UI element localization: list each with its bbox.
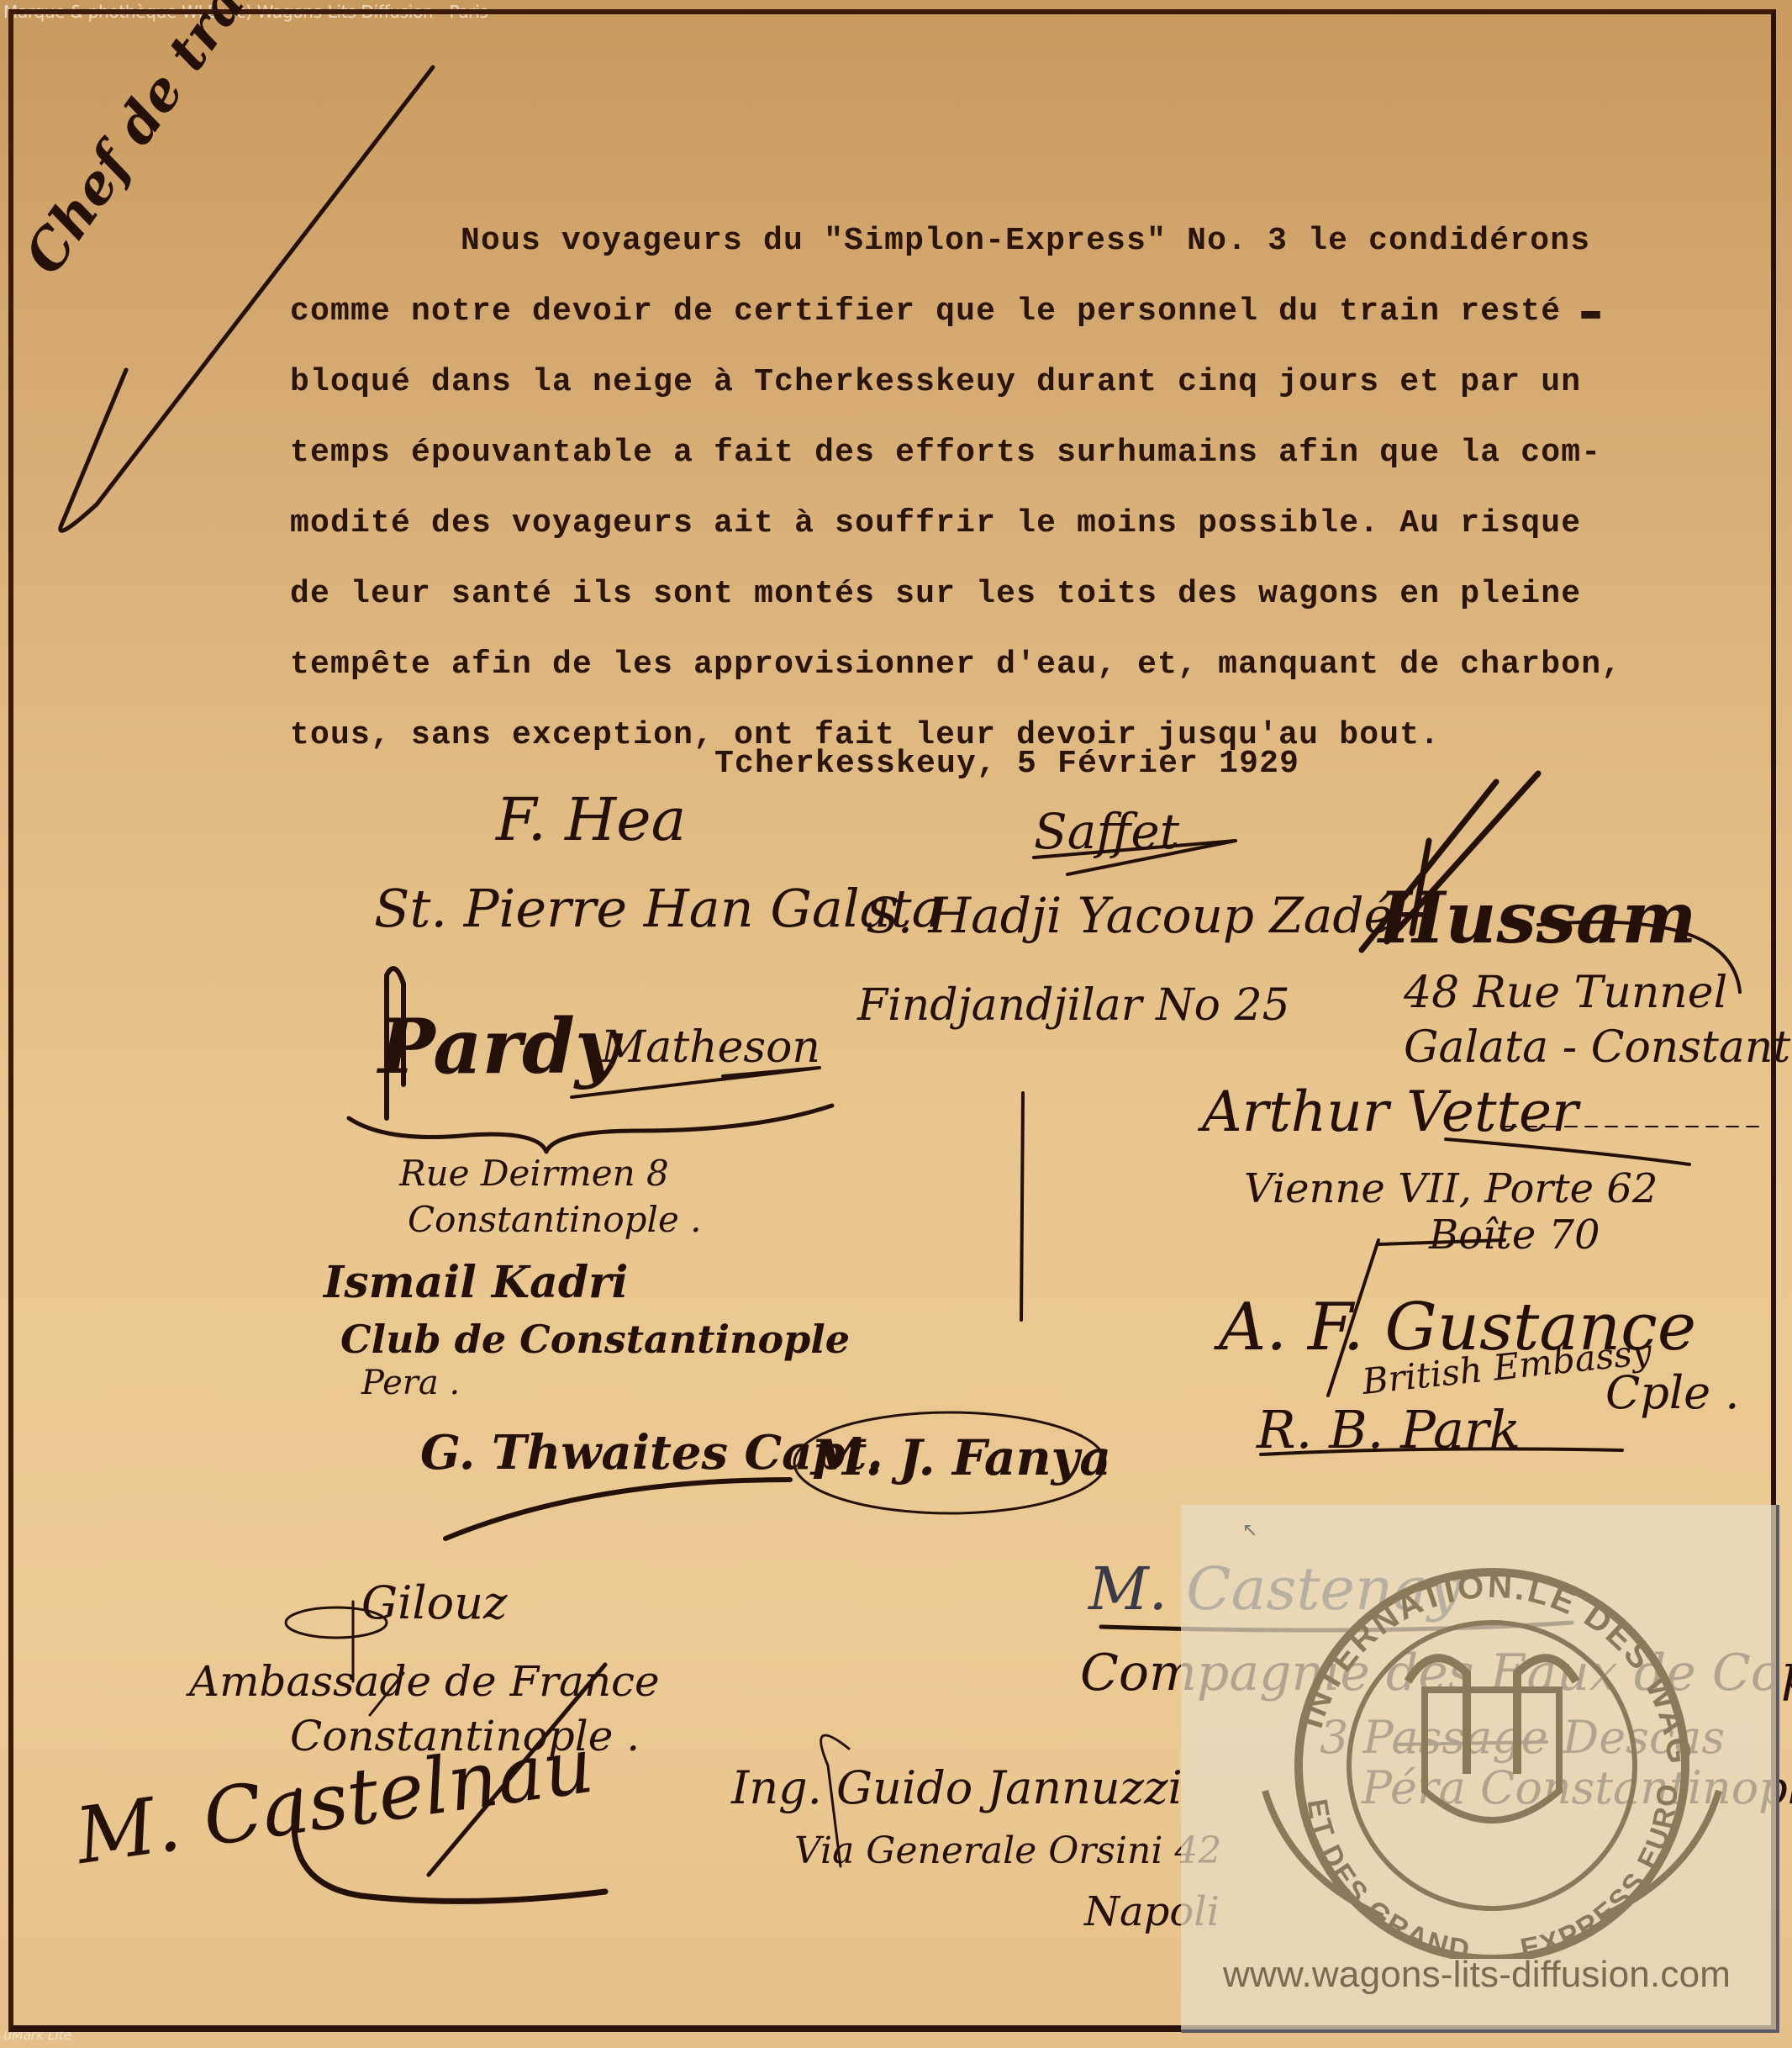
address-hadji: Findjandjilar No 25 — [857, 984, 1290, 1027]
signature-fanya: M. J. Fanya — [811, 1433, 1111, 1482]
address-jannuzzi-1: Via Generale Orsini 42 — [794, 1833, 1221, 1870]
address-hussam-2: Galata - Constant. — [1404, 1026, 1792, 1069]
signature-saffet: Saffet — [1034, 807, 1179, 856]
body-line-3: bloqué dans la neige à Tcherkesskeuy dur… — [290, 367, 1581, 399]
mouse-cursor-icon: ↖ — [1242, 1520, 1257, 1541]
address-kadri-2: Pera . — [361, 1366, 460, 1400]
watermark-panel: INTERNATION.LE DES WAGONS-LITS ET DES GR… — [1181, 1505, 1779, 2033]
address-hussam-1: 48 Rue Tunnel — [1404, 971, 1727, 1015]
body-line-4: temps épouvantable a fait des efforts su… — [290, 437, 1601, 469]
address-kadri-1: Club de Constantinople — [340, 1320, 850, 1359]
address-matheson-2: Constantinople . — [408, 1202, 702, 1238]
signature-matheson: Matheson — [601, 1026, 820, 1069]
signature-pardy: Pardy — [378, 1009, 619, 1085]
address-vetter-1: Vienne VII, Porte 62 — [1244, 1169, 1658, 1209]
body-line-5: modité des voyageurs ait à souffrir le m… — [290, 508, 1581, 540]
signature-vetter: Arthur Vetter — [1202, 1085, 1579, 1140]
company-seal-icon: INTERNATION.LE DES WAGONS-LITS ET DES GR… — [1215, 1522, 1752, 1959]
address-gilouz-1: Ambassade de France — [189, 1660, 660, 1702]
signature-park: R. B. Park — [1257, 1404, 1521, 1456]
body-line-1: Nous voyageurs du "Simplon-Express" No. … — [461, 225, 1590, 257]
body-line-2: comme notre devoir de certifier que le p… — [290, 296, 1601, 328]
address-vetter-2: Boîte 70 — [1429, 1215, 1600, 1255]
svg-text:INTERNATION.LE DES WAGONS-LITS: INTERNATION.LE DES WAGONS-LITS — [1215, 1522, 1698, 1768]
signature-gilouz: Gilouz — [361, 1581, 507, 1626]
signature-hussam: Hussam — [1378, 883, 1696, 953]
signature-hadji: S. Hadji Yacoup Zadé — [866, 891, 1393, 940]
place-date: Tcherkesskeuy, 5 Février 1929 — [714, 748, 1299, 780]
watermark-url: www.wagons-lits-diffusion.com — [1223, 1954, 1731, 1996]
address-hea: St. Pierre Han Galata — [374, 883, 943, 935]
signature-kadri: Ismail Kadri — [324, 1261, 628, 1305]
body-line-6: de leur santé ils sont montés sur les to… — [290, 578, 1581, 610]
address-matheson-1: Rue Deirmen 8 — [399, 1156, 669, 1191]
address-gustance-2: Cple . — [1605, 1370, 1739, 1416]
signature-jannuzzi: Ing. Guido Jannuzzi — [731, 1766, 1183, 1811]
body-line-7: tempête afin de les approvisionner d'eau… — [290, 649, 1621, 681]
signature-hea: F. Hea — [496, 790, 686, 849]
